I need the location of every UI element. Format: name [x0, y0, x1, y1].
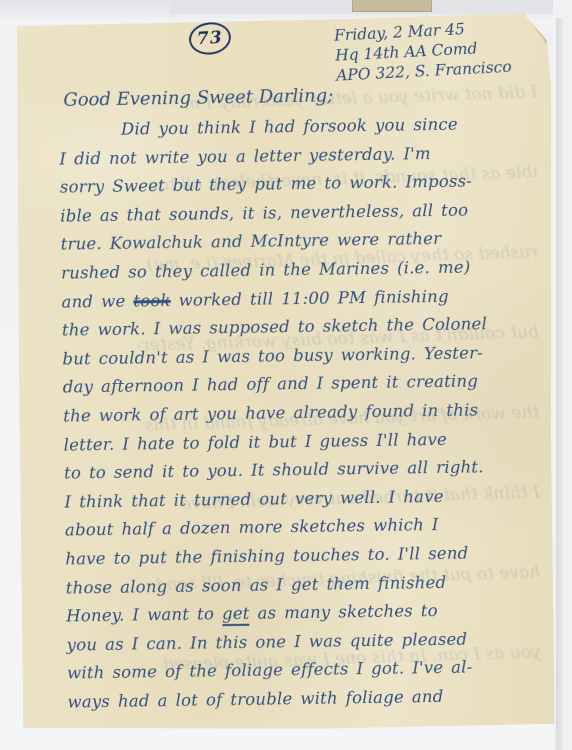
sleeve-edge-line	[556, 18, 563, 750]
letter-body: Did you think I had forsook you since I …	[59, 109, 556, 717]
struck-word: took	[133, 290, 171, 310]
body-line: ways had a lot of trouble with foliage a…	[67, 681, 555, 717]
body-line-segment: and we	[61, 291, 133, 311]
body-line-segment: as many sketches to	[249, 601, 438, 623]
scanned-letter-page: I did not write you a letter yesterday. …	[0, 0, 572, 750]
body-line-segment: Honey. I want to	[66, 604, 222, 625]
page-number-circle: 73	[187, 20, 233, 57]
letter-paper: I did not write you a letter yesterday. …	[17, 11, 555, 730]
body-line-segment: worked till 11:00 PM finishing	[171, 286, 449, 309]
inserted-word: get	[222, 604, 250, 626]
salutation: Good Evening Sweet Darling;	[63, 85, 333, 110]
letter-header: Friday, 2 Mar 45 Hq 14th AA Comd APO 322…	[334, 14, 557, 85]
page-number: 73	[197, 28, 224, 49]
paper-tab-behind	[352, 0, 432, 12]
